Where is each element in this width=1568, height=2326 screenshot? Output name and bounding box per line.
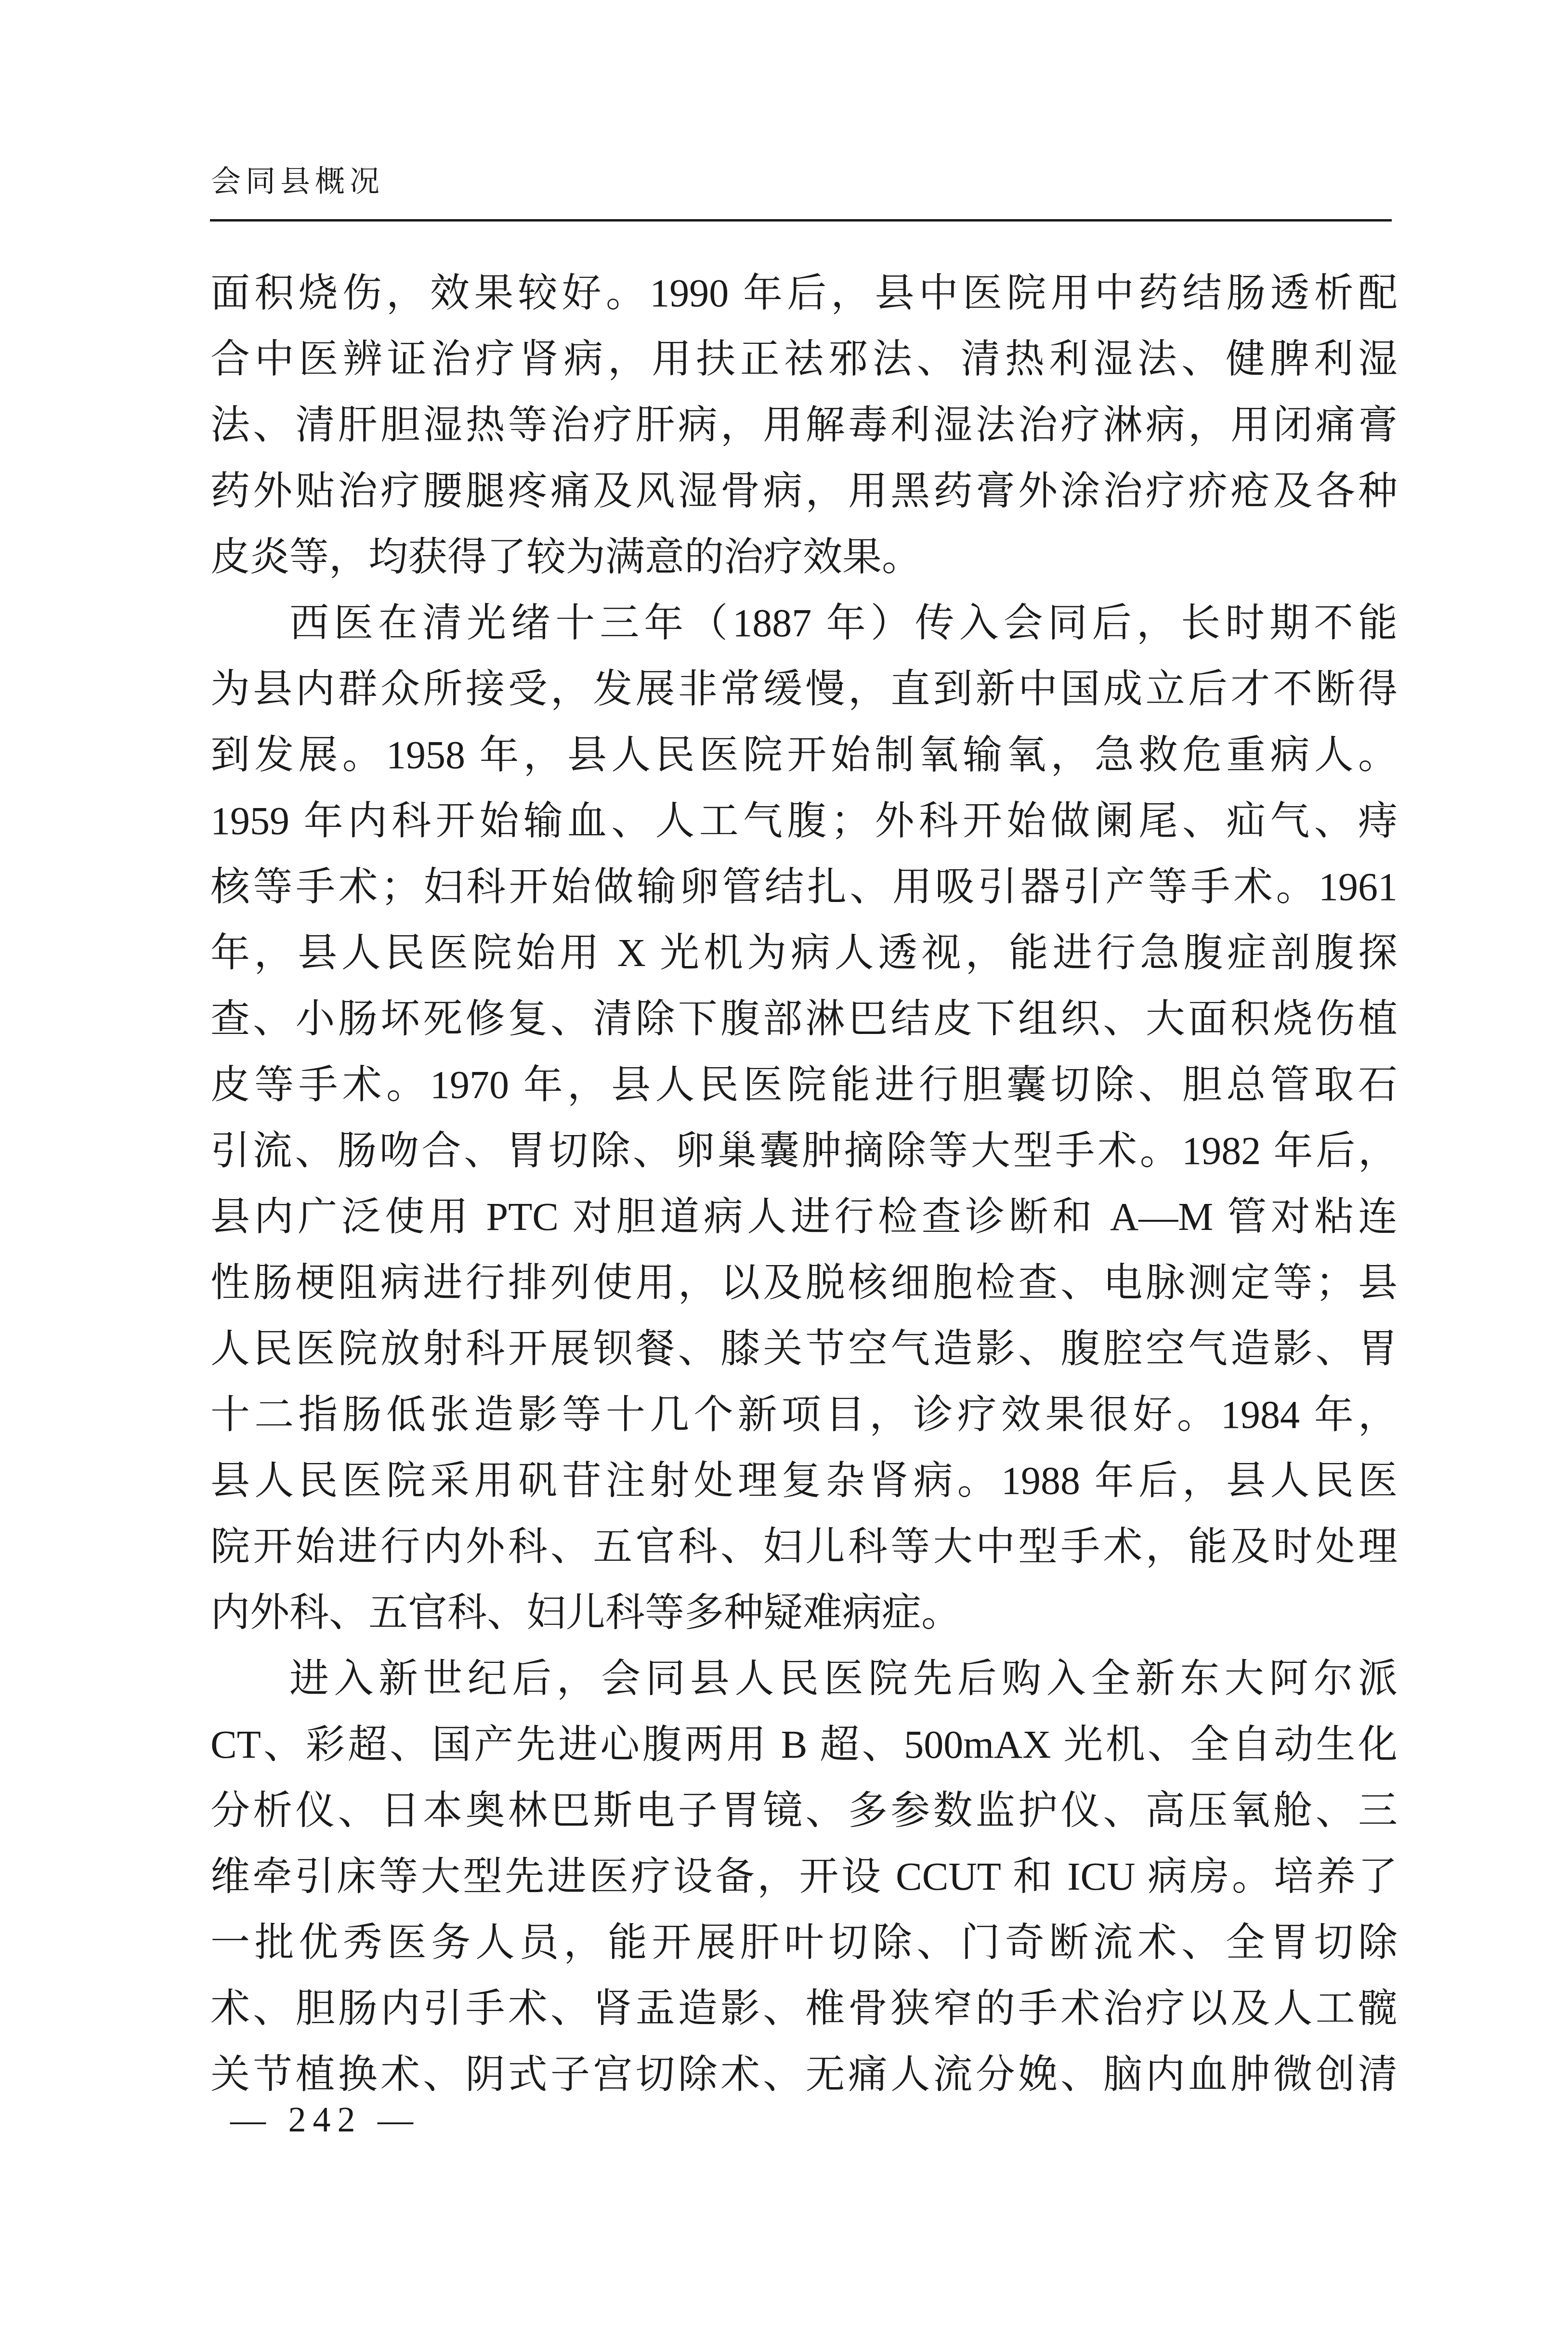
text-line: 皮等手术。1970 年，县人民医院能进行胆囊切除、胆总管取石 (210, 1052, 1398, 1118)
body-text: 面积烧伤，效果较好。1990 年后，县中医院用中药结肠透析配合中医辨证治疗肾病，… (210, 260, 1398, 2107)
text-line: 人民医院放射科开展钡餐、膝关节空气造影、腹腔空气造影、胃 (210, 1316, 1398, 1382)
text-line: 性肠梗阻病进行排列使用，以及脱核细胞检查、电脉测定等；县 (210, 1250, 1398, 1316)
text-line: 院开始进行内外科、五官科、妇儿科等大中型手术，能及时处理 (210, 1514, 1398, 1580)
text-line: 十二指肠低张造影等十几个新项目，诊疗效果很好。1984 年， (210, 1382, 1398, 1448)
text-line: 1959 年内科开始输血、人工气腹；外科开始做阑尾、疝气、痔 (210, 788, 1398, 854)
text-line: 西医在清光绪十三年（1887 年）传入会同后，长时期不能 (210, 590, 1398, 656)
header-rule (210, 219, 1392, 222)
text-line: 核等手术；妇科开始做输卵管结扎、用吸引器引产等手术。1961 (210, 854, 1398, 920)
text-line: 引流、肠吻合、胃切除、卵巢囊肿摘除等大型手术。1982 年后， (210, 1118, 1398, 1184)
text-line: CT、彩超、国产先进心腹两用 B 超、500mAX 光机、全自动生化 (210, 1712, 1398, 1777)
text-line: 年，县人民医院始用 X 光机为病人透视，能进行急腹症剖腹探 (210, 920, 1398, 986)
text-line: 为县内群众所接受，发展非常缓慢，直到新中国成立后才不断得 (210, 656, 1398, 722)
text-line: 一批优秀医务人员，能开展肝叶切除、门奇断流术、全胃切除 (210, 1909, 1398, 1975)
text-line: 皮炎等，均获得了较为满意的治疗效果。 (210, 524, 1398, 590)
text-line: 内外科、五官科、妇儿科等多种疑难病症。 (210, 1580, 1398, 1646)
text-line: 维牵引床等大型先进医疗设备，开设 CCUT 和 ICU 病房。培养了 (210, 1843, 1398, 1909)
text-line: 药外贴治疗腰腿疼痛及风湿骨病，用黑药膏外涂治疗疥疮及各种 (210, 458, 1398, 524)
page-number: — 242 — (230, 2096, 420, 2144)
text-line: 合中医辨证治疗肾病，用扶正祛邪法、清热利湿法、健脾利湿 (210, 326, 1398, 392)
scanned-book-page: 会同县概况 面积烧伤，效果较好。1990 年后，县中医院用中药结肠透析配合中医辨… (0, 0, 1568, 2326)
text-line: 面积烧伤，效果较好。1990 年后，县中医院用中药结肠透析配 (210, 260, 1398, 326)
running-header: 会同县概况 (211, 163, 384, 201)
text-line: 到发展。1958 年，县人民医院开始制氧输氧，急救危重病人。 (210, 722, 1398, 788)
paragraph: 进入新世纪后，会同县人民医院先后购入全新东大阿尔派CT、彩超、国产先进心腹两用 … (210, 1646, 1398, 2107)
text-line: 进入新世纪后，会同县人民医院先后购入全新东大阿尔派 (210, 1646, 1398, 1712)
paragraph: 西医在清光绪十三年（1887 年）传入会同后，长时期不能为县内群众所接受，发展非… (210, 590, 1398, 1646)
text-line: 分析仪、日本奥林巴斯电子胃镜、多参数监护仪、高压氧舱、三 (210, 1777, 1398, 1843)
text-line: 术、胆肠内引手术、肾盂造影、椎骨狭窄的手术治疗以及人工髋 (210, 1975, 1398, 2041)
text-line: 查、小肠坏死修复、清除下腹部淋巴结皮下组织、大面积烧伤植 (210, 986, 1398, 1052)
paragraph: 面积烧伤，效果较好。1990 年后，县中医院用中药结肠透析配合中医辨证治疗肾病，… (210, 260, 1398, 590)
text-line: 法、清肝胆湿热等治疗肝病，用解毒利湿法治疗淋病，用闭痛膏 (210, 392, 1398, 458)
text-line: 县人民医院采用矾苷注射处理复杂肾病。1988 年后，县人民医 (210, 1448, 1398, 1514)
text-line: 县内广泛使用 PTC 对胆道病人进行检查诊断和 A—M 管对粘连 (210, 1184, 1398, 1250)
